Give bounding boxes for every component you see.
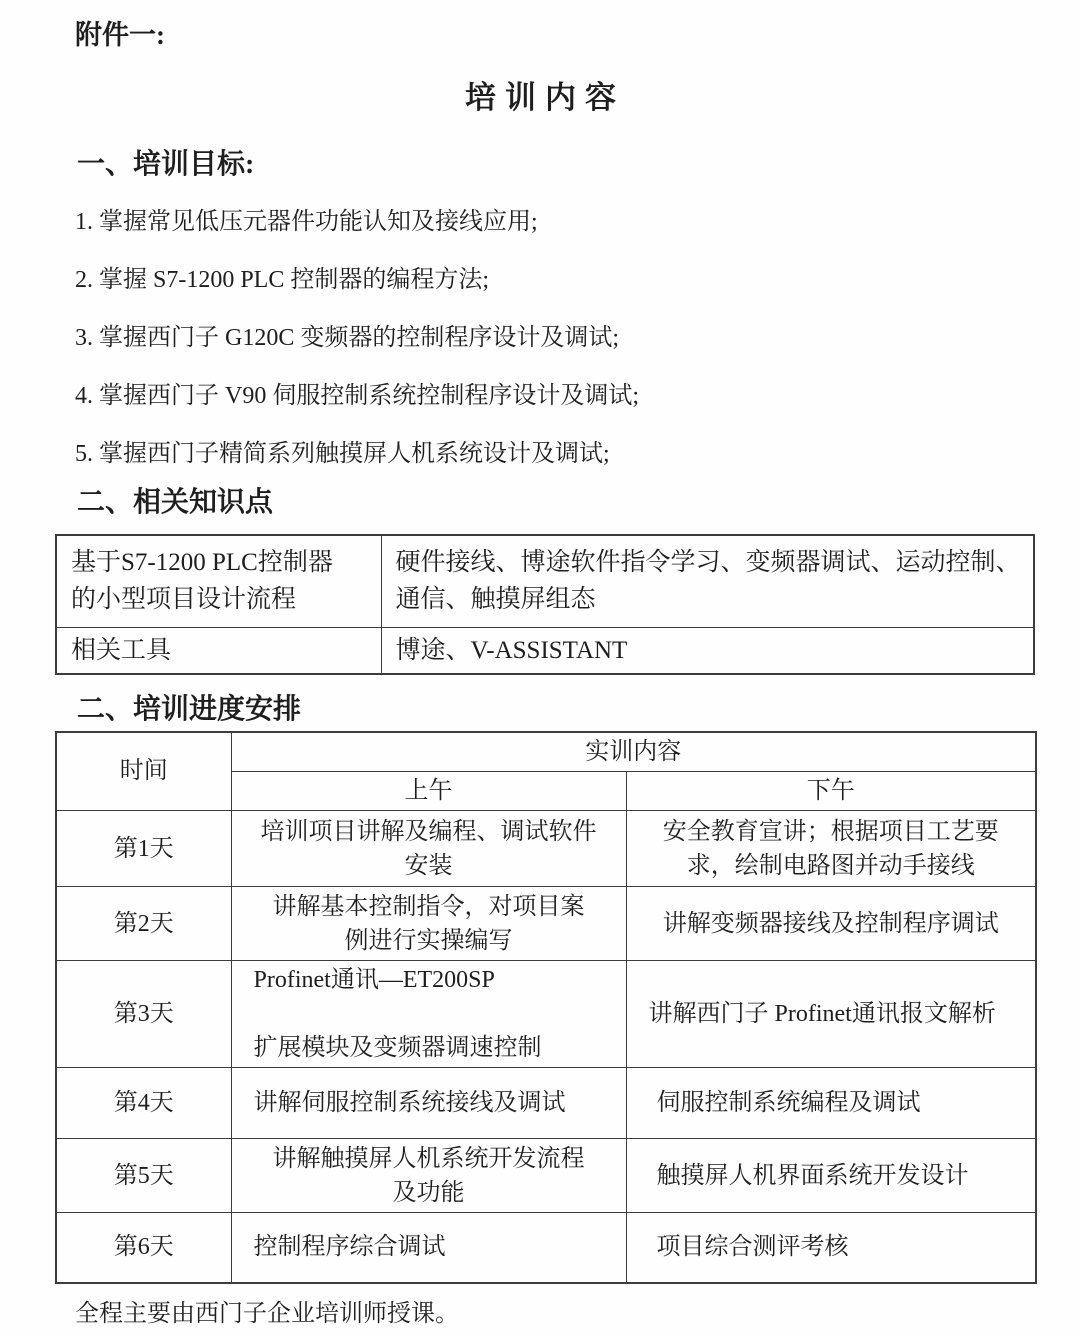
knowledge-value-cell: 博途、V-ASSISTANT (381, 627, 1034, 674)
objective-item-4: 4. 掌握西门子 V90 伺服控制系统控制程序设计及调试; (75, 380, 1035, 412)
am-cell: 讲解基本控制指令，对项目案 例进行实操编写 (231, 887, 626, 961)
day-cell: 第4天 (56, 1068, 231, 1139)
knowledge-label-cell: 相关工具 (56, 627, 381, 674)
document-page: 附件一: 培训内容 一、培训目标: 1. 掌握常见低压元器件功能认知及接线应用;… (0, 0, 1080, 1338)
section-heading-schedule: 二、培训进度安排 (77, 693, 1035, 727)
knowledge-label-cell: 基于S7-1200 PLC控制器 的小型项目设计流程 (56, 535, 381, 627)
am-cell: 讲解触摸屏人机系统开发流程 及功能 (231, 1139, 626, 1213)
day-cell: 第1天 (56, 811, 231, 887)
schedule-header-content: 实训内容 (231, 732, 1036, 772)
objective-item-5: 5. 掌握西门子精简系列触摸屏人机系统设计及调试; (75, 438, 1035, 470)
objective-item-2: 2. 掌握 S7-1200 PLC 控制器的编程方法; (75, 264, 1035, 296)
knowledge-value-cell: 硬件接线、博途软件指令学习、变频器调试、运动控制、 通信、触摸屏组态 (381, 535, 1034, 627)
schedule-row-day4: 第4天 讲解伺服控制系统接线及调试 伺服控制系统编程及调试 (56, 1068, 1036, 1139)
day-cell: 第3天 (56, 961, 231, 1068)
schedule-header-am: 上午 (231, 772, 626, 811)
am-cell: 控制程序综合调试 (231, 1213, 626, 1283)
pm-cell: 讲解变频器接线及控制程序调试 (626, 887, 1036, 961)
schedule-header-row-1: 时间 实训内容 (56, 732, 1036, 772)
section-heading-knowledge: 二、相关知识点 (77, 486, 1035, 520)
day-cell: 第5天 (56, 1139, 231, 1213)
objectives-list: 1. 掌握常见低压元器件功能认知及接线应用; 2. 掌握 S7-1200 PLC… (75, 206, 1035, 470)
day-cell: 第6天 (56, 1213, 231, 1283)
section-heading-objectives: 一、培训目标: (77, 148, 1035, 182)
pm-cell: 伺服控制系统编程及调试 (626, 1068, 1036, 1139)
schedule-row-day3: 第3天 Profinet通讯—ET200SP 扩展模块及变频器调速控制 讲解西门… (56, 961, 1036, 1068)
knowledge-row-1: 基于S7-1200 PLC控制器 的小型项目设计流程 硬件接线、博途软件指令学习… (56, 535, 1034, 627)
pm-cell: 触摸屏人机界面系统开发设计 (626, 1139, 1036, 1213)
schedule-row-day1: 第1天 培训项目讲解及编程、调试软件 安装 安全教育宣讲；根据项目工艺要 求，绘… (56, 811, 1036, 887)
am-cell: 讲解伺服控制系统接线及调试 (231, 1068, 626, 1139)
schedule-row-day6: 第6天 控制程序综合调试 项目综合测评考核 (56, 1213, 1036, 1283)
schedule-row-day2: 第2天 讲解基本控制指令，对项目案 例进行实操编写 讲解变频器接线及控制程序调试 (56, 887, 1036, 961)
day-cell: 第2天 (56, 887, 231, 961)
objective-item-3: 3. 掌握西门子 G120C 变频器的控制程序设计及调试; (75, 322, 1035, 354)
footer-note: 全程主要由西门子企业培训师授课。 (75, 1298, 1035, 1330)
am-cell: Profinet通讯—ET200SP 扩展模块及变频器调速控制 (231, 961, 626, 1068)
attachment-label: 附件一: (75, 18, 1035, 52)
schedule-header-pm: 下午 (626, 772, 1036, 811)
am-cell: 培训项目讲解及编程、调试软件 安装 (231, 811, 626, 887)
schedule-row-day5: 第5天 讲解触摸屏人机系统开发流程 及功能 触摸屏人机界面系统开发设计 (56, 1139, 1036, 1213)
schedule-header-time: 时间 (56, 732, 231, 811)
pm-cell: 项目综合测评考核 (626, 1213, 1036, 1283)
objective-item-1: 1. 掌握常见低压元器件功能认知及接线应用; (75, 206, 1035, 238)
knowledge-table: 基于S7-1200 PLC控制器 的小型项目设计流程 硬件接线、博途软件指令学习… (55, 534, 1035, 675)
pm-cell: 安全教育宣讲；根据项目工艺要 求，绘制电路图并动手接线 (626, 811, 1036, 887)
knowledge-row-2: 相关工具 博途、V-ASSISTANT (56, 627, 1034, 674)
pm-cell: 讲解西门子 Profinet通讯报文解析 (626, 961, 1036, 1068)
schedule-table: 时间 实训内容 上午 下午 第1天 培训项目讲解及编程、调试软件 安装 安全教育… (55, 731, 1037, 1284)
page-title: 培训内容 (55, 78, 1035, 118)
